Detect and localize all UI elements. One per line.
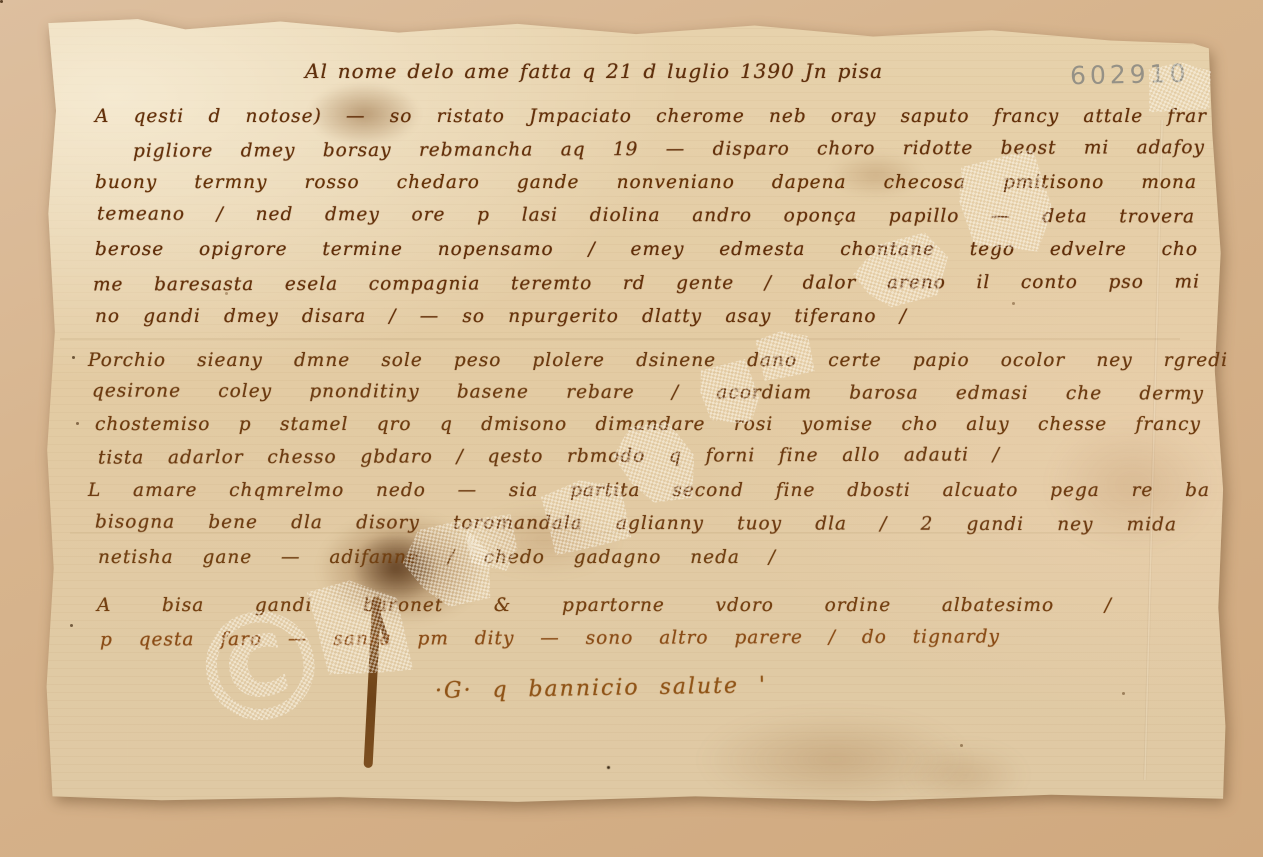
text-line: me baresasta esela compagnia teremto rd … — [93, 268, 1200, 303]
text-line: netisha gane — adifanne / chedo gadagno … — [98, 543, 776, 575]
text-line: chostemiso p stamel qro q dmisono dimand… — [95, 410, 1201, 442]
text-line: p qesta faro — sanza pm dity — sono altr… — [100, 622, 1000, 657]
text-line: A bisa gandi baronet & ppartorne vdoro o… — [97, 591, 1112, 623]
text-line: qesirone coley pnonditiny basene rebare … — [92, 377, 1204, 412]
ink-specks — [0, 0, 3, 3]
text-line: pigliore dmey borsay rebmancha aq 19 — d… — [133, 133, 1205, 169]
text-line: berose opigrore termine nopensamo / emey… — [95, 235, 1198, 267]
date-line: Al nome delo ame fatta q 21 d luglio 139… — [305, 56, 883, 88]
signature-line: ·G· q bannicio salute ' — [435, 671, 768, 709]
text-line: A qesti d notose) — so ristato Jmpaciato… — [95, 102, 1207, 134]
text-line: Porchio sieany dmne sole peso plolere ds… — [88, 346, 1228, 378]
text-line: bisogna bene dla disory toromandala agli… — [95, 508, 1177, 543]
text-line: buony termny rosso chedaro gande nonveni… — [95, 168, 1197, 200]
archive-number: 602910 — [1070, 59, 1190, 90]
text-line: L amare chqmrelmo nedo — sia partita sec… — [88, 476, 1210, 508]
text-line: tista adarlor chesso gbdaro / qesto rbmo… — [98, 440, 1000, 475]
text-line: no gandi dmey disara / — so npurgerito d… — [95, 302, 907, 334]
manuscript-scan: 602910 Al nome delo ame fatta q 21 d lug… — [0, 0, 1263, 857]
text-line: temeano / ned dmey ore p lasi diolina an… — [97, 200, 1195, 235]
